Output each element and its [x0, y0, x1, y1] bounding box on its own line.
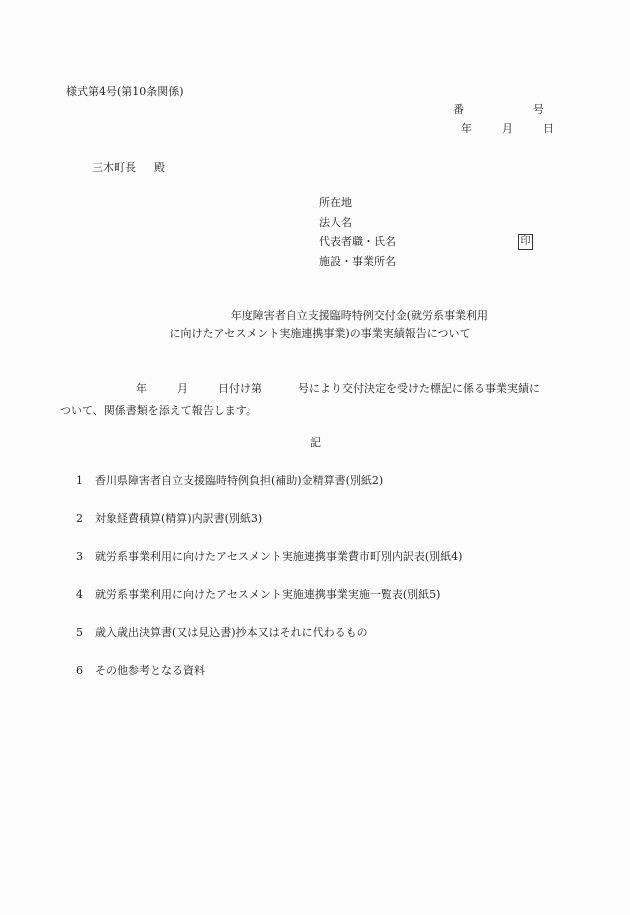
list-item: 4就労系事業利用に向けたアセスメント実施連携事業実施一覧表(別紙5): [76, 588, 462, 626]
item-text: 就労系事業利用に向けたアセスメント実施連携事業実施一覧表(別紙5): [95, 588, 440, 601]
item-text: 香川県障害者自立支援臨時特例負担(補助)金精算書(別紙2): [95, 474, 383, 487]
addressee-honorific: 殿: [154, 161, 165, 174]
title-line-2: に向けたアセスメント実施連携事業)の事業実績報告について: [150, 325, 490, 343]
item-number: 5: [76, 626, 95, 640]
body-line-2: ついて、関係書類を添えて報告します。: [60, 400, 564, 422]
applicant-corporation-label: 法人名: [319, 216, 396, 236]
list-item: 6その他参考となる資料: [76, 664, 462, 702]
attachment-list: 1香川県障害者自立支援臨時特例負担(補助)金精算書(別紙2) 2対象経費積算(精…: [76, 474, 462, 702]
document-title: 年度障害者自立支援臨時特例交付金(就労系事業利用 に向けたアセスメント実施連携事…: [150, 307, 490, 343]
item-text: その他参考となる資料: [95, 664, 205, 677]
ki-heading: 記: [310, 436, 321, 450]
body-year: 年: [136, 382, 147, 395]
item-number: 2: [76, 512, 95, 526]
date-year: 年: [461, 122, 472, 136]
body-month: 月: [177, 382, 188, 395]
seal-stamp-icon: 印: [518, 234, 533, 250]
item-number: 1: [76, 474, 95, 488]
item-text: 対象経費積算(精算)内訳書(別紙3): [95, 512, 262, 525]
date-month: 月: [502, 122, 513, 136]
applicant-facility-label: 施設・事業所名: [319, 255, 396, 275]
list-item: 2対象経費積算(精算)内訳書(別紙3): [76, 512, 462, 550]
applicant-representative-label: 代表者職・氏名: [319, 235, 396, 255]
date-day: 日: [543, 122, 554, 136]
body-line1-rest: 号により交付決定を受けた標記に係る事業実績に: [298, 382, 540, 395]
applicant-block: 所在地 法人名 代表者職・氏名 施設・事業所名: [319, 196, 396, 274]
list-item: 3就労系事業利用に向けたアセスメント実施連携事業費市町別内訳表(別紙4): [76, 550, 462, 588]
body-paragraph: 年月日付け第号により交付決定を受けた標記に係る事業実績に ついて、関係書類を添え…: [74, 378, 564, 422]
item-number: 4: [76, 588, 95, 602]
item-text: 就労系事業利用に向けたアセスメント実施連携事業費市町別内訳表(別紙4): [95, 550, 462, 563]
addressee: 三木町長殿: [92, 161, 165, 175]
list-item: 1香川県障害者自立支援臨時特例負担(補助)金精算書(別紙2): [76, 474, 462, 512]
title-line-1: 年度障害者自立支援臨時特例交付金(就労系事業利用: [150, 307, 490, 325]
form-number: 様式第4号(第10条関係): [66, 85, 184, 99]
body-day-ref: 日付け第: [218, 382, 262, 395]
addressee-name: 三木町長: [92, 161, 136, 174]
item-number: 6: [76, 664, 95, 678]
applicant-address-label: 所在地: [319, 196, 396, 216]
reference-number-suffix: 号: [533, 103, 544, 117]
list-item: 5歳入歳出決算書(又は見込書)抄本又はそれに代わるもの: [76, 626, 462, 664]
date-line: 年月日: [461, 122, 554, 136]
item-number: 3: [76, 550, 95, 564]
reference-number-label: 番: [453, 103, 464, 117]
item-text: 歳入歳出決算書(又は見込書)抄本又はそれに代わるもの: [95, 626, 368, 639]
